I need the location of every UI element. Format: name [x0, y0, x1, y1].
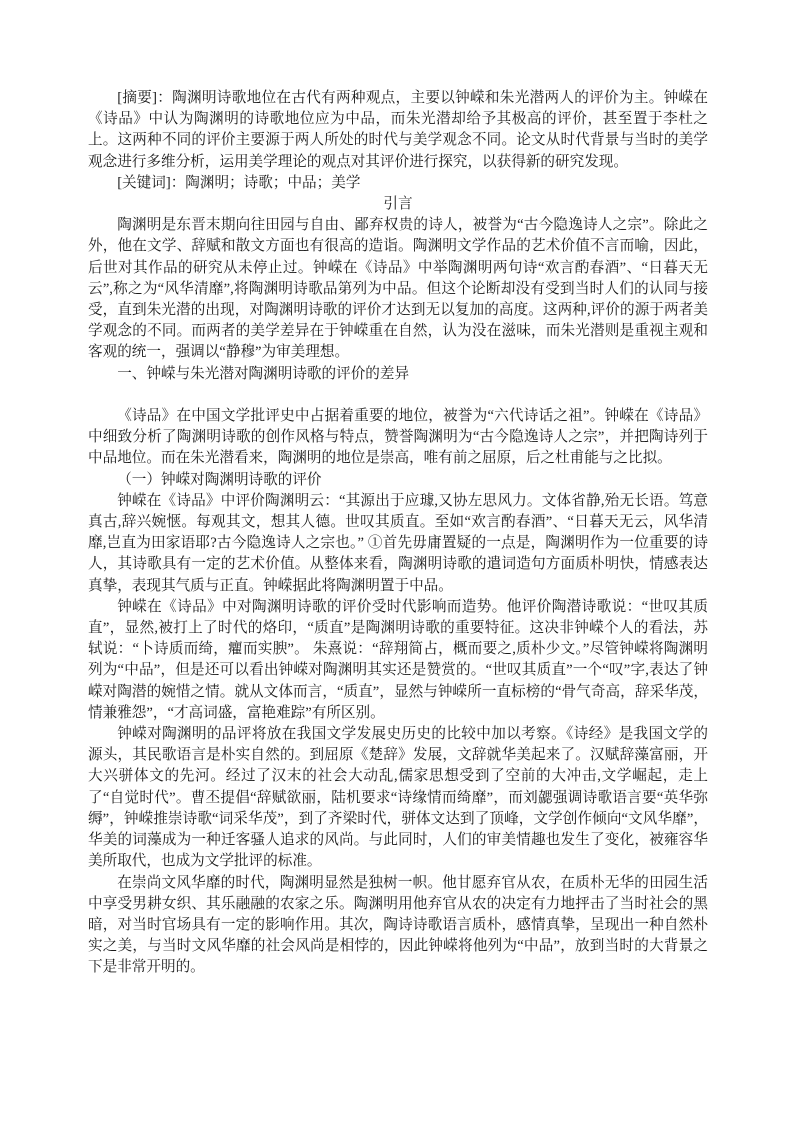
- subsection1-heading: （一）钟嵘对陶渊明诗歌的评价: [88, 470, 708, 491]
- body-paragraph-4: 在崇尚文风华靡的时代，陶渊明显然是独树一帜。他甘愿弃官从农，在质朴无华的田园生活…: [88, 873, 708, 979]
- intro-heading: 引言: [88, 194, 708, 215]
- section1-lead-paragraph: 《诗品》在中国文学批评史中占据着重要的地位，被誉为“六代诗话之祖”。钟嵘在《诗品…: [88, 406, 708, 470]
- abstract-paragraph: [摘要]：陶渊明诗歌地位在古代有两种观点，主要以钟嵘和朱光潜两人的评价为主。钟嵘…: [88, 88, 708, 173]
- intro-paragraph: 陶渊明是东晋末期向往田园与自由、鄙弃权贵的诗人，被誉为“古今隐逸诗人之宗”。除此…: [88, 215, 708, 363]
- document-content: [摘要]：陶渊明诗歌地位在古代有两种观点，主要以钟嵘和朱光潜两人的评价为主。钟嵘…: [88, 88, 708, 979]
- body-paragraph-2: 钟嵘在《诗品》中对陶渊明诗歌的评价受时代影响而造势。他评价陶潜诗歌说：“世叹其质…: [88, 597, 708, 724]
- section1-heading: 一、钟嵘与朱光潜对陶渊明诗歌的评价的差异: [88, 364, 708, 385]
- blank-line: [88, 385, 708, 406]
- body-paragraph-3: 钟嵘对陶渊明的品评将放在我国文学发展史历史的比较中加以考察。《诗经》是我国文学的…: [88, 724, 708, 872]
- keywords-paragraph: [关键词]：陶渊明；诗歌；中品；美学: [88, 173, 708, 194]
- body-paragraph-1: 钟嵘在《诗品》中评价陶渊明云：“其源出于应璩,又协左思风力。文体省静,殆无长语。…: [88, 491, 708, 597]
- document-page: [摘要]：陶渊明诗歌地位在古代有两种观点，主要以钟嵘和朱光潜两人的评价为主。钟嵘…: [0, 0, 793, 1122]
